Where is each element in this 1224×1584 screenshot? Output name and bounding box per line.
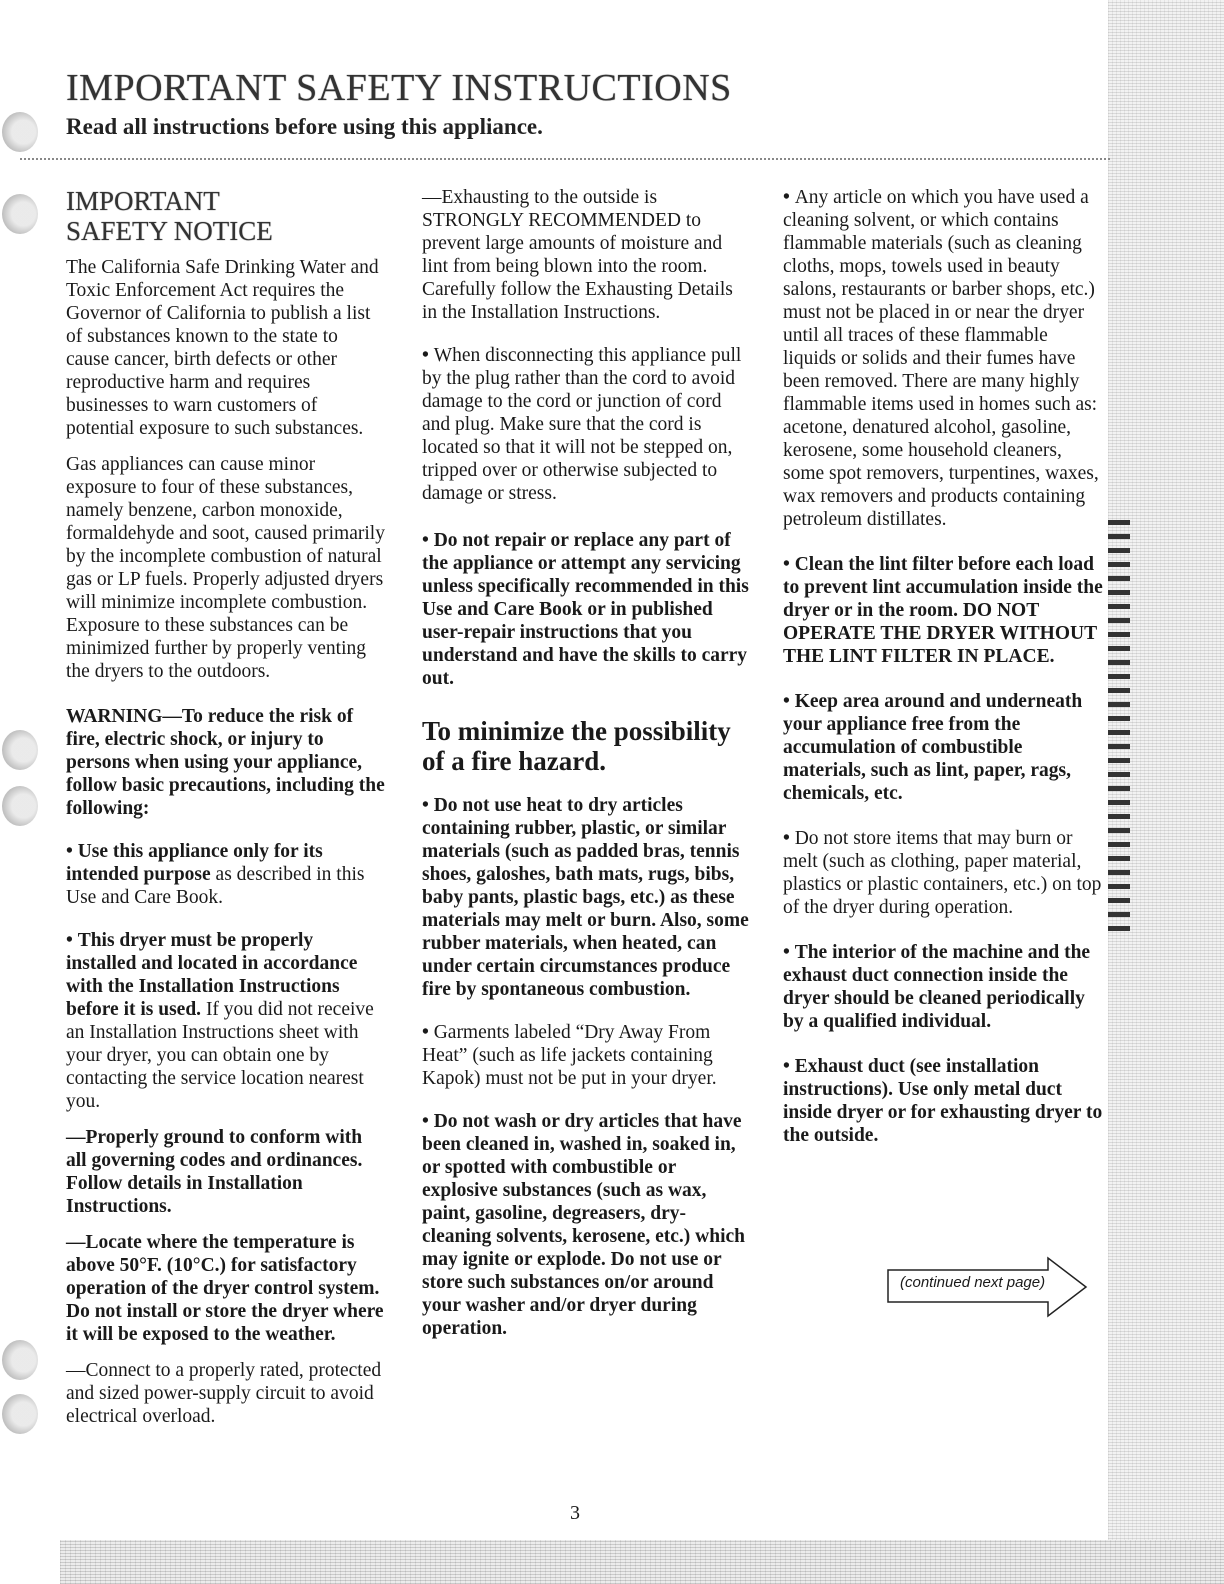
continued-label: (continued next page) (900, 1274, 1045, 1291)
bullet-text: Any article on which you have used a cle… (783, 187, 1099, 530)
binder-hole-icon (2, 1394, 38, 1434)
notice-paragraph: Gas appliances can cause minor exposure … (66, 453, 386, 683)
bullet-item: This dryer must be properly installed an… (66, 929, 386, 1113)
bullet-text: When disconnecting this appliance pull b… (422, 345, 741, 504)
continued-next-page-arrow: (continued next page) (886, 1256, 1090, 1318)
bullet-item: Do not store items that may burn or melt… (783, 827, 1103, 919)
bullet-text: Exhaust duct (see installation instructi… (783, 1056, 1102, 1146)
safety-notice-heading: IMPORTANT SAFETY NOTICE (66, 186, 386, 246)
heading-line: SAFETY NOTICE (66, 216, 386, 246)
exhaust-paragraph: —Exhausting to the outside is STRONGLY R… (422, 186, 752, 324)
bullet-item: Clean the lint filter before each load t… (783, 553, 1103, 668)
binder-hole-icon (2, 194, 38, 234)
column-1: IMPORTANT SAFETY NOTICE The California S… (66, 186, 386, 1441)
binder-hole-icon (2, 786, 38, 826)
warning-paragraph: WARNING—To reduce the risk of fire, elec… (66, 705, 386, 820)
binder-hole-icon (2, 730, 38, 770)
bullet-text: Clean the lint filter before each load t… (783, 554, 1103, 667)
dash-item: —Locate where the temperature is above 5… (66, 1231, 386, 1346)
page-title: IMPORTANT SAFETY INSTRUCTIONS (66, 66, 732, 110)
page-number: 3 (570, 1502, 580, 1525)
bullet-item: Do not use heat to dry articles containi… (422, 794, 752, 1001)
binder-hole-icon (2, 1340, 38, 1380)
bullet-item: Exhaust duct (see installation instructi… (783, 1055, 1103, 1147)
binder-hole-icon (2, 112, 38, 152)
fire-hazard-heading: To minimize the possibility of a fire ha… (422, 716, 752, 776)
bullet-text: The interior of the machine and the exha… (783, 942, 1090, 1032)
bullet-text: Do not wash or dry articles that have be… (422, 1111, 745, 1339)
bullet-text: Do not repair or replace any part of the… (422, 530, 749, 689)
bullet-item: Do not repair or replace any part of the… (422, 529, 752, 690)
notice-paragraph: The California Safe Drinking Water and T… (66, 256, 386, 440)
bullet-item: Garments labeled “Dry Away From Heat” (s… (422, 1021, 752, 1090)
bullet-item: Keep area around and underneath your app… (783, 690, 1103, 805)
column-2: —Exhausting to the outside is STRONGLY R… (422, 186, 752, 1353)
bullet-item: Any article on which you have used a cle… (783, 186, 1103, 531)
heading-line: IMPORTANT (66, 186, 386, 216)
bullet-item: When disconnecting this appliance pull b… (422, 344, 752, 505)
bullet-item: Use this appliance only for its intended… (66, 840, 386, 909)
bullet-text: Do not store items that may burn or melt… (783, 828, 1101, 918)
bullet-item: Do not wash or dry articles that have be… (422, 1110, 752, 1340)
scan-edge-marks (1108, 520, 1138, 1020)
scan-edge-bottom (60, 1540, 1224, 1584)
bullet-text: Garments labeled “Dry Away From Heat” (s… (422, 1022, 717, 1089)
page-subtitle: Read all instructions before using this … (66, 114, 543, 140)
bullet-item: The interior of the machine and the exha… (783, 941, 1103, 1033)
header-divider (20, 158, 1110, 160)
column-3: Any article on which you have used a cle… (783, 186, 1103, 1160)
bullet-text: Do not use heat to dry articles containi… (422, 795, 749, 1000)
dash-item: —Properly ground to conform with all gov… (66, 1126, 386, 1218)
bullet-text: Keep area around and underneath your app… (783, 691, 1082, 804)
dash-item: —Connect to a properly rated, protected … (66, 1359, 386, 1428)
